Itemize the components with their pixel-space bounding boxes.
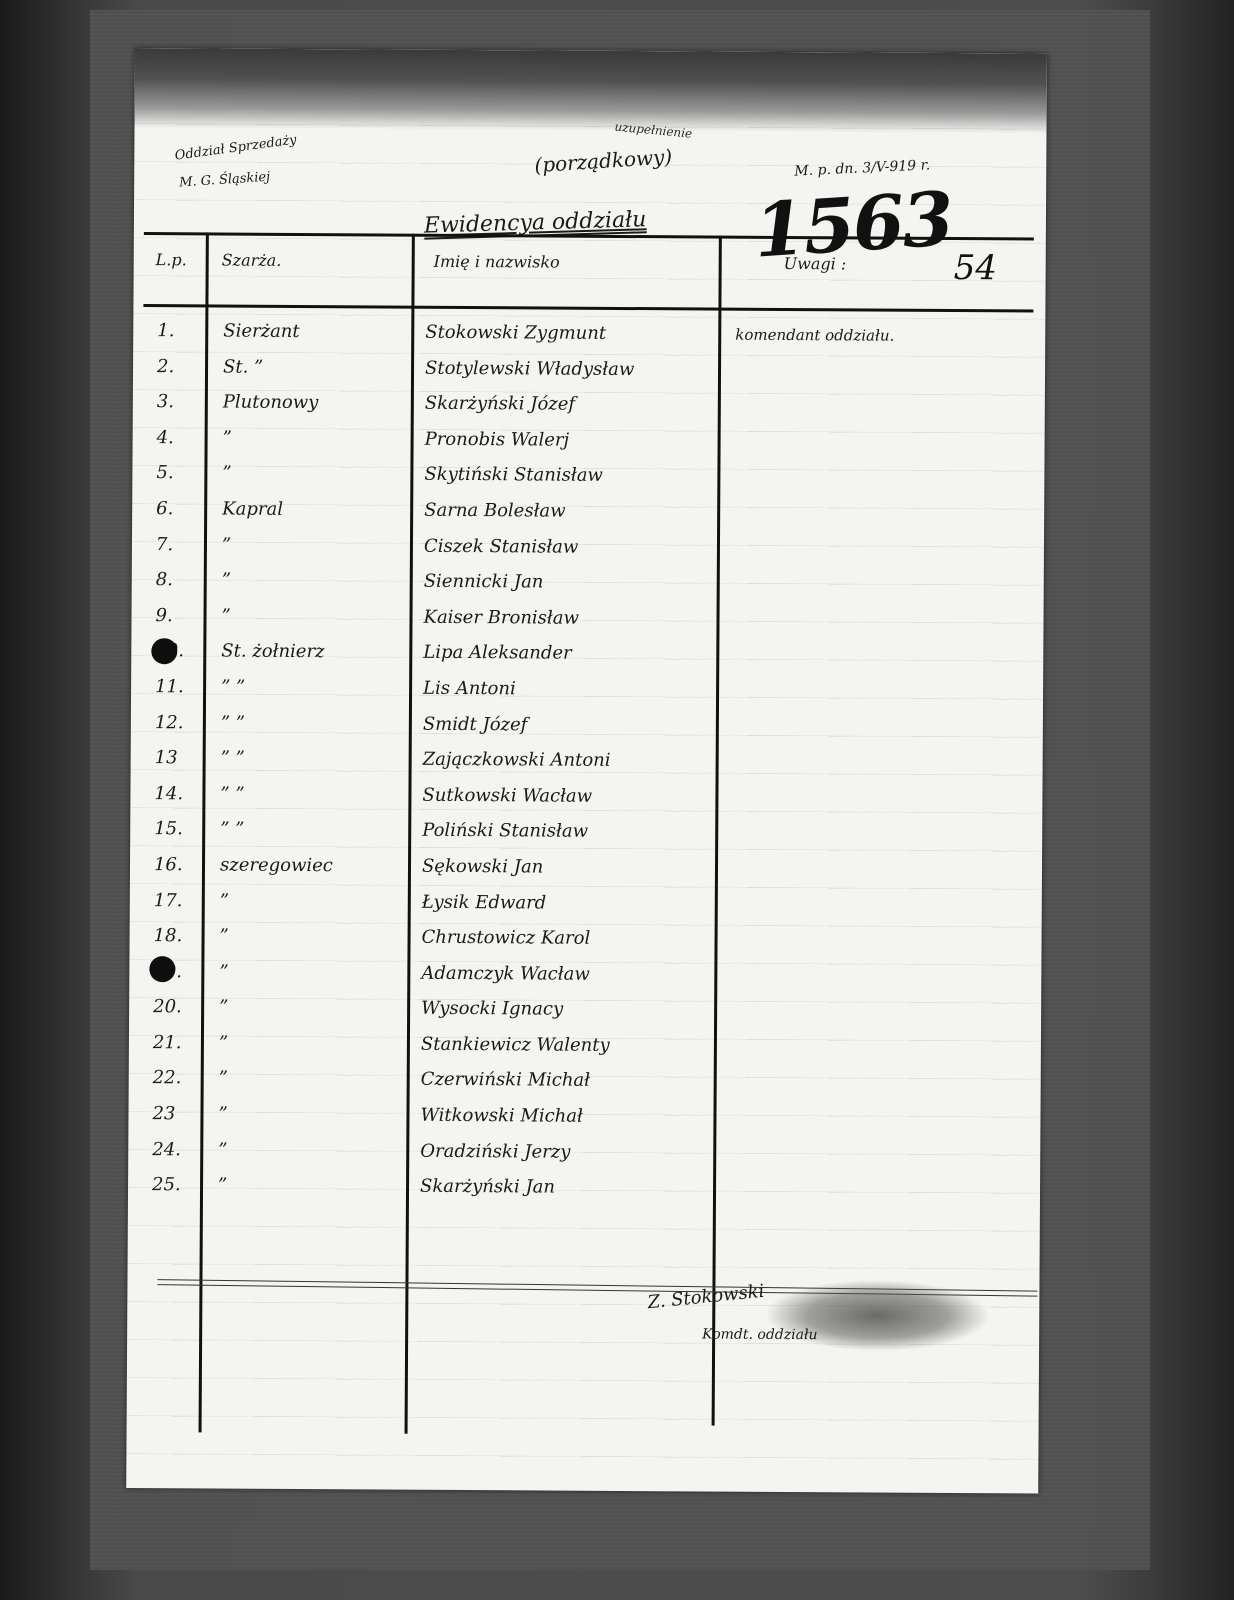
row-name: Zajączkowski Antoni (423, 749, 611, 771)
table-row: 19.”Adamczyk Wacław (139, 957, 1029, 998)
document-page: Oddział Sprzedaży M. G. Śląskiej uzupełn… (126, 48, 1047, 1494)
table-row: 18.”Chrustowicz Karol (139, 921, 1029, 962)
table-row: 25.”Skarżyński Jan (138, 1170, 1028, 1211)
row-name: Ciszek Stanisław (424, 535, 579, 557)
row-number: 1. (157, 320, 174, 341)
row-number: 25. (152, 1174, 181, 1195)
row-number: 18. (154, 925, 183, 946)
table-row: 3.PlutonowySkarżyński Józef (143, 387, 1033, 428)
row-name: Pronobis Walerj (425, 429, 570, 451)
table-row: 9.”Kaiser Bronisław (141, 601, 1031, 642)
column-header-name: Imię i nazwisko (434, 252, 560, 272)
roster-rows: 1.SierżantStokowski Zygmuntkomendant odd… (138, 316, 1033, 1211)
row-name: Łysik Edward (422, 891, 547, 913)
row-rank: ” (219, 1032, 228, 1053)
row-number: 13 (155, 747, 178, 768)
column-header-rank: Szarża. (222, 251, 282, 270)
row-name: Witkowski Michał (420, 1105, 583, 1127)
table-row: 12.” ”Smidt Józef (141, 708, 1031, 749)
row-number: 3. (157, 391, 174, 412)
row-number: 23 (152, 1103, 175, 1124)
row-rank: szeregowiec (220, 854, 333, 876)
row-number: 8. (156, 569, 173, 590)
row-number: 14. (154, 783, 183, 804)
row-rank: ” (218, 1104, 227, 1125)
row-rank: ” ” (221, 748, 245, 769)
column-header-notes: Uwagi : (784, 254, 847, 273)
table-row: 23”Witkowski Michał (138, 1099, 1028, 1140)
table-row: 20.”Wysocki Ignacy (139, 992, 1029, 1033)
row-number: 9. (155, 605, 172, 626)
table-row: 21.”Stankiewicz Walenty (139, 1028, 1029, 1069)
row-number: 11. (155, 676, 184, 697)
row-name: Poliński Stanisław (422, 820, 588, 842)
row-rank: ” (218, 1139, 227, 1160)
table-row: 11.” ”Lis Antoni (141, 672, 1031, 713)
row-rank: ” (220, 890, 229, 911)
row-name: Adamczyk Wacław (421, 962, 590, 984)
row-number: 22. (153, 1068, 182, 1089)
row-number: 2. (157, 356, 174, 377)
table-row: 14.” ”Sutkowski Wacław (140, 779, 1030, 820)
row-rank: ” ” (221, 712, 245, 733)
table-row: 24.”Oradziński Jerzy (138, 1135, 1028, 1176)
row-rank: ” ” (220, 819, 244, 840)
row-rank: St. żołnierz (221, 641, 324, 663)
row-number: 5. (156, 463, 173, 484)
row-number: 12. (155, 712, 184, 733)
table-row: 5.”Skytiński Stanisław (142, 458, 1032, 499)
table-row: 17.”Łysik Edward (140, 886, 1030, 927)
row-rank: Kapral (222, 499, 283, 520)
table-row: 16.szeregowiecSękowski Jan (140, 850, 1030, 891)
table-row: 6.KapralSarna Bolesław (142, 494, 1032, 535)
row-rank: ” (219, 1068, 228, 1089)
table-header-rule (143, 304, 1033, 312)
row-rank: ” (219, 997, 228, 1018)
row-note: komendant oddziału. (735, 326, 894, 345)
table-row: 10.St. żołnierzLipa Aleksander (141, 636, 1031, 677)
row-rank: Plutonowy (223, 392, 319, 414)
row-rank: St. ” (223, 356, 263, 377)
row-rank: ” (220, 926, 229, 947)
row-number: 4. (157, 427, 174, 448)
table-row: 2.St. ”Stotylewski Władysław (143, 352, 1033, 393)
row-number: 21. (153, 1032, 182, 1053)
row-name: Sarna Bolesław (424, 500, 566, 522)
row-rank: ” ” (221, 676, 245, 697)
table-row: 1.SierżantStokowski Zygmuntkomendant odd… (143, 316, 1033, 357)
table-row: 4.”Pronobis Walerj (142, 423, 1032, 464)
row-rank: ” ” (220, 783, 244, 804)
row-name: Oradziński Jerzy (420, 1140, 570, 1162)
column-header-number: L.p. (156, 250, 187, 269)
row-rank: ” (222, 534, 231, 555)
row-rank: ” (222, 570, 231, 591)
row-number: 6. (156, 498, 173, 519)
row-number: 16. (154, 854, 183, 875)
row-name: Sutkowski Wacław (422, 784, 592, 806)
signature-label: Komdt. oddziału (702, 1326, 817, 1343)
row-name: Siennicki Jan (424, 571, 544, 593)
punch-hole (151, 638, 177, 664)
table-row: 8.”Siennicki Jan (142, 565, 1032, 606)
row-name: Wysocki Ignacy (421, 998, 563, 1020)
table-row: 13” ”Zajączkowski Antoni (141, 743, 1031, 784)
row-name: Lis Antoni (423, 678, 516, 700)
row-name: Lipa Aleksander (423, 642, 571, 664)
row-name: Smidt Józef (423, 713, 528, 735)
row-name: Kaiser Bronisław (423, 607, 579, 629)
row-name: Stokowski Zygmunt (425, 322, 606, 344)
table-row: 7.”Ciszek Stanisław (142, 530, 1032, 571)
row-name: Sękowski Jan (422, 856, 543, 878)
row-rank: ” (222, 463, 231, 484)
row-rank: ” (218, 1175, 227, 1196)
row-name: Skarżyński Jan (420, 1176, 555, 1198)
row-name: Skytiński Stanisław (424, 464, 603, 486)
row-name: Skarżyński Józef (425, 393, 575, 415)
table-row: 22.”Czerwiński Michał (139, 1064, 1029, 1105)
row-name: Czerwiński Michał (421, 1069, 590, 1091)
row-rank: Sierżant (223, 321, 300, 342)
row-rank: ” (223, 427, 232, 448)
punch-hole (149, 956, 175, 982)
row-name: Stankiewicz Walenty (421, 1034, 610, 1056)
row-number: 7. (156, 534, 173, 555)
row-rank: ” (221, 605, 230, 626)
row-number: 24. (152, 1139, 181, 1160)
row-name: Stotylewski Władysław (425, 357, 634, 379)
row-number: 20. (153, 996, 182, 1017)
row-number: 17. (154, 890, 183, 911)
row-name: Chrustowicz Karol (422, 927, 591, 949)
row-number: 15. (154, 818, 183, 839)
table-row: 15.” ”Poliński Stanisław (140, 814, 1030, 855)
row-rank: ” (219, 961, 228, 982)
